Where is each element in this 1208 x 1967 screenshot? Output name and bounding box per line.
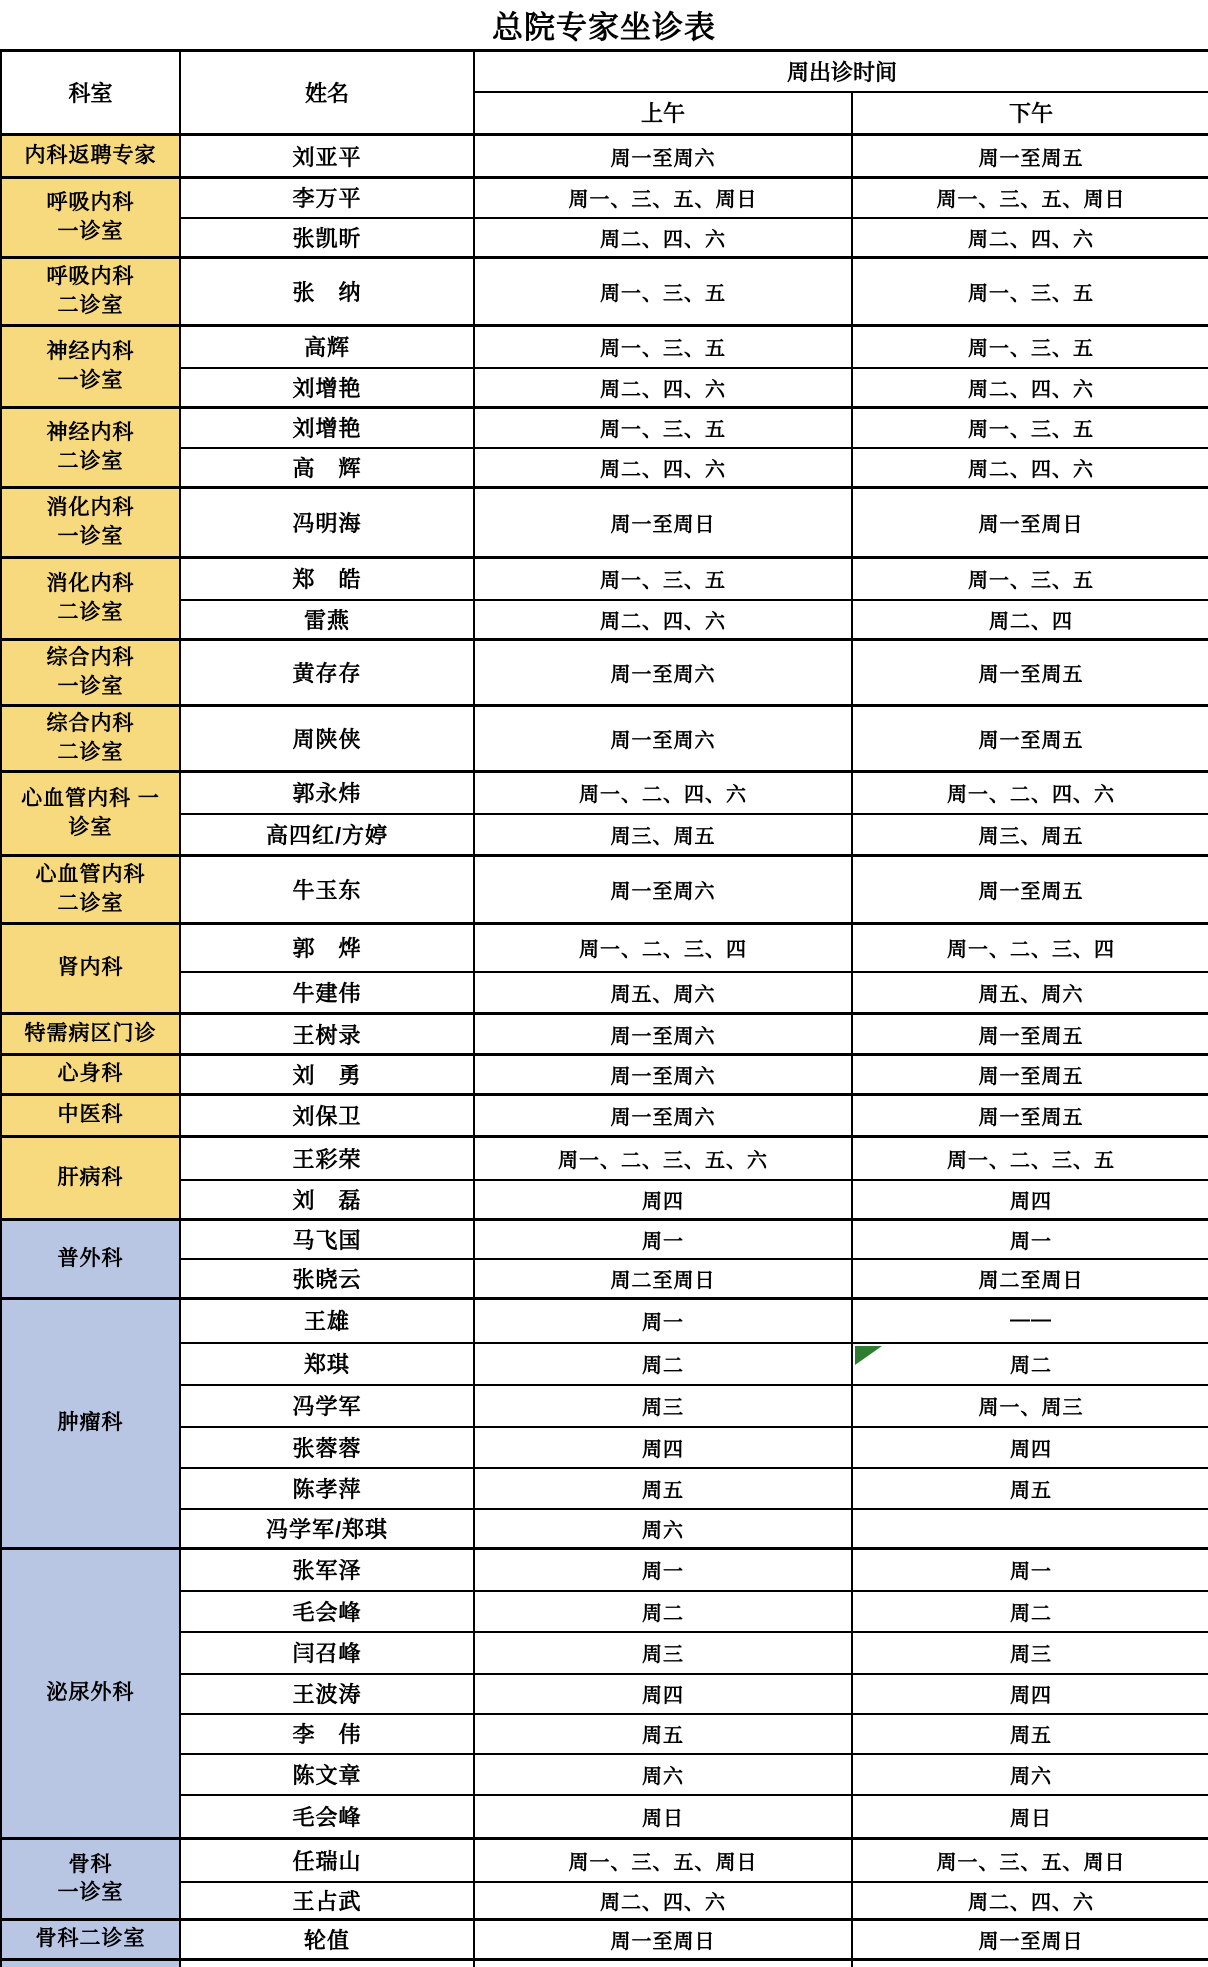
name-cell: 毛会峰 — [180, 1591, 474, 1632]
header-department: 科室 — [1, 51, 180, 135]
afternoon-cell: 周二 — [852, 1591, 1208, 1632]
department-cell: 神经内科 二诊室 — [1, 408, 180, 488]
name-cell: 冯学军/郑琪 — [180, 1509, 474, 1549]
afternoon-cell: 周二、四、六 — [852, 448, 1208, 488]
schedule-row: 王波涛周四周四 — [1, 1674, 1208, 1714]
afternoon-cell: 周一至周五 — [852, 1095, 1208, 1137]
morning-cell: 周一 — [474, 1220, 852, 1259]
afternoon-cell: 周一、二、四、六 — [852, 772, 1208, 814]
morning-cell — [474, 1960, 852, 1967]
afternoon-cell: 周一 — [852, 1549, 1208, 1591]
partial-row — [1, 1960, 1208, 1967]
morning-cell: 周四 — [474, 1674, 852, 1714]
afternoon-cell: 周四 — [852, 1674, 1208, 1714]
schedule-row: 冯学军周三周一、周三 — [1, 1385, 1208, 1427]
schedule-row: 闫召峰周三周三 — [1, 1632, 1208, 1674]
page-title: 总院专家坐诊表 — [0, 0, 1208, 49]
afternoon-cell: 周二、四、六 — [852, 368, 1208, 408]
morning-cell: 周二、四、六 — [474, 600, 852, 640]
name-cell: 高辉 — [180, 326, 474, 368]
department-cell: 骨科二诊室 — [1, 1920, 180, 1960]
name-cell: 任瑞山 — [180, 1839, 474, 1882]
afternoon-cell: 周一、三、五、周日 — [852, 178, 1208, 218]
comment-marker-icon — [855, 1346, 882, 1365]
department-cell: 肿瘤科 — [1, 1299, 180, 1549]
name-cell: 王占武 — [180, 1882, 474, 1920]
morning-cell: 周一至周六 — [474, 1095, 852, 1137]
schedule-row: 张凯昕周二、四、六周二、四、六 — [1, 218, 1208, 258]
department-cell: 心血管内科 二诊室 — [1, 856, 180, 924]
schedule-row: 呼吸内科 二诊室张 纳周一、三、五周一、三、五 — [1, 258, 1208, 326]
afternoon-cell: 周一、周三 — [852, 1385, 1208, 1427]
department-cell: 普外科 — [1, 1220, 180, 1299]
name-cell: 张凯昕 — [180, 218, 474, 258]
afternoon-cell: 周日 — [852, 1795, 1208, 1839]
afternoon-cell: 周一、二、三、四 — [852, 924, 1208, 972]
afternoon-cell: 周二至周日 — [852, 1259, 1208, 1299]
schedule-table-header: 科室 姓名 周出诊时间 上午 下午 — [1, 51, 1208, 135]
name-cell: 张蓉蓉 — [180, 1427, 474, 1468]
name-cell: 郭 烨 — [180, 924, 474, 972]
afternoon-cell: 周五 — [852, 1714, 1208, 1754]
name-cell: 刘保卫 — [180, 1095, 474, 1137]
department-cell: 心身科 — [1, 1055, 180, 1095]
department-cell: 心血管内科 一 诊室 — [1, 772, 180, 856]
name-cell: 轮值 — [180, 1920, 474, 1960]
schedule-row: 张晓云周二至周日周二至周日 — [1, 1259, 1208, 1299]
schedule-page: 总院专家坐诊表 科室 姓名 周出诊时间 上午 下午 内科返聘专家刘亚平周一至周六… — [0, 0, 1208, 1967]
morning-cell: 周一、三、五 — [474, 408, 852, 448]
name-cell: 刘增艳 — [180, 408, 474, 448]
department-cell: 神经内科 一诊室 — [1, 326, 180, 408]
morning-cell: 周四 — [474, 1180, 852, 1220]
afternoon-cell: 周一、二、三、五 — [852, 1137, 1208, 1180]
name-cell: 雷燕 — [180, 600, 474, 640]
name-cell: 王波涛 — [180, 1674, 474, 1714]
name-cell: 马飞国 — [180, 1220, 474, 1259]
department-cell — [1, 1960, 180, 1967]
morning-cell: 周六 — [474, 1754, 852, 1795]
afternoon-cell: 周二、四 — [852, 600, 1208, 640]
afternoon-cell: 周三 — [852, 1632, 1208, 1674]
morning-cell: 周一至周六 — [474, 1055, 852, 1095]
morning-cell: 周二、四、六 — [474, 218, 852, 258]
department-cell: 特需病区门诊 — [1, 1014, 180, 1055]
name-cell: 冯明海 — [180, 488, 474, 558]
afternoon-cell: 周一、三、五 — [852, 408, 1208, 448]
name-cell: 牛建伟 — [180, 972, 474, 1014]
morning-cell: 周五、周六 — [474, 972, 852, 1014]
schedule-row: 张蓉蓉周四周四 — [1, 1427, 1208, 1468]
afternoon-cell: 周二、四、六 — [852, 218, 1208, 258]
morning-cell: 周五 — [474, 1714, 852, 1754]
schedule-row: 郑琪周二周二 — [1, 1343, 1208, 1385]
afternoon-cell: 周一至周五 — [852, 135, 1208, 178]
department-cell: 内科返聘专家 — [1, 135, 180, 178]
morning-cell: 周一至周日 — [474, 1920, 852, 1960]
name-cell: 李万平 — [180, 178, 474, 218]
schedule-row: 综合内科 二诊室周陕侠周一至周六周一至周五 — [1, 706, 1208, 772]
morning-cell: 周一至周六 — [474, 640, 852, 706]
schedule-row: 刘 磊周四周四 — [1, 1180, 1208, 1220]
afternoon-cell: 周一至周日 — [852, 488, 1208, 558]
schedule-table-body: 内科返聘专家刘亚平周一至周六周一至周五呼吸内科 一诊室李万平周一、三、五、周日周… — [1, 135, 1208, 1967]
name-cell: 闫召峰 — [180, 1632, 474, 1674]
schedule-row: 肾内科郭 烨周一、二、三、四周一、二、三、四 — [1, 924, 1208, 972]
name-cell: 王雄 — [180, 1299, 474, 1343]
morning-cell: 周一、二、四、六 — [474, 772, 852, 814]
morning-cell: 周一、三、五、周日 — [474, 178, 852, 218]
schedule-row: 神经内科 二诊室刘增艳周一、三、五周一、三、五 — [1, 408, 1208, 448]
schedule-row: 冯学军/郑琪周六 — [1, 1509, 1208, 1549]
name-cell: 高四红/方婷 — [180, 814, 474, 856]
afternoon-cell: 周五、周六 — [852, 972, 1208, 1014]
afternoon-cell: 周一、三、五 — [852, 558, 1208, 600]
schedule-row: 毛会峰周日周日 — [1, 1795, 1208, 1839]
name-cell: 王树录 — [180, 1014, 474, 1055]
morning-cell: 周一、三、五 — [474, 558, 852, 600]
afternoon-cell: 周一至周五 — [852, 1014, 1208, 1055]
schedule-row: 陈文章周六周六 — [1, 1754, 1208, 1795]
department-cell: 消化内科 一诊室 — [1, 488, 180, 558]
header-morning: 上午 — [474, 92, 852, 135]
name-cell — [180, 1960, 474, 1967]
morning-cell: 周一、二、三、五、六 — [474, 1137, 852, 1180]
morning-cell: 周二 — [474, 1343, 852, 1385]
afternoon-cell — [852, 1509, 1208, 1549]
schedule-row: 牛建伟周五、周六周五、周六 — [1, 972, 1208, 1014]
schedule-row: 肿瘤科王雄周一—— — [1, 1299, 1208, 1343]
name-cell: 张晓云 — [180, 1259, 474, 1299]
morning-cell: 周四 — [474, 1427, 852, 1468]
afternoon-cell: 周一、三、五 — [852, 326, 1208, 368]
morning-cell: 周一至周日 — [474, 488, 852, 558]
morning-cell: 周二、四、六 — [474, 1882, 852, 1920]
name-cell: 陈文章 — [180, 1754, 474, 1795]
afternoon-cell: 周一、三、五、周日 — [852, 1839, 1208, 1882]
schedule-row: 骨科二诊室轮值周一至周日周一至周日 — [1, 1920, 1208, 1960]
name-cell: 张 纳 — [180, 258, 474, 326]
schedule-row: 毛会峰周二周二 — [1, 1591, 1208, 1632]
afternoon-cell: 周一 — [852, 1220, 1208, 1259]
schedule-row: 刘增艳周二、四、六周二、四、六 — [1, 368, 1208, 408]
afternoon-cell: 周二 — [852, 1343, 1208, 1385]
schedule-row: 陈孝萍周五周五 — [1, 1468, 1208, 1509]
schedule-table: 科室 姓名 周出诊时间 上午 下午 内科返聘专家刘亚平周一至周六周一至周五呼吸内… — [0, 49, 1208, 1967]
department-cell: 骨科 一诊室 — [1, 1839, 180, 1920]
department-cell: 综合内科 二诊室 — [1, 706, 180, 772]
afternoon-cell: 周一至周五 — [852, 1055, 1208, 1095]
name-cell: 刘增艳 — [180, 368, 474, 408]
morning-cell: 周二 — [474, 1591, 852, 1632]
name-cell: 高 辉 — [180, 448, 474, 488]
morning-cell: 周一、三、五、周日 — [474, 1839, 852, 1882]
name-cell: 李 伟 — [180, 1714, 474, 1754]
department-cell: 呼吸内科 一诊室 — [1, 178, 180, 258]
name-cell: 黄存存 — [180, 640, 474, 706]
morning-cell: 周一至周六 — [474, 706, 852, 772]
department-cell: 呼吸内科 二诊室 — [1, 258, 180, 326]
schedule-row: 骨科 一诊室任瑞山周一、三、五、周日周一、三、五、周日 — [1, 1839, 1208, 1882]
schedule-row: 神经内科 一诊室高辉周一、三、五周一、三、五 — [1, 326, 1208, 368]
schedule-row: 普外科马飞国周一周一 — [1, 1220, 1208, 1259]
morning-cell: 周一 — [474, 1549, 852, 1591]
name-cell: 张军泽 — [180, 1549, 474, 1591]
name-cell: 陈孝萍 — [180, 1468, 474, 1509]
afternoon-cell: 周一、三、五 — [852, 258, 1208, 326]
name-cell: 郑琪 — [180, 1343, 474, 1385]
name-cell: 郭永炜 — [180, 772, 474, 814]
morning-cell: 周一至周六 — [474, 135, 852, 178]
morning-cell: 周二、四、六 — [474, 368, 852, 408]
afternoon-cell: 周四 — [852, 1180, 1208, 1220]
header-afternoon: 下午 — [852, 92, 1208, 135]
name-cell: 毛会峰 — [180, 1795, 474, 1839]
name-cell: 郑 皓 — [180, 558, 474, 600]
morning-cell: 周一 — [474, 1299, 852, 1343]
morning-cell: 周一、三、五 — [474, 258, 852, 326]
morning-cell: 周二、四、六 — [474, 448, 852, 488]
schedule-row: 心身科刘 勇周一至周六周一至周五 — [1, 1055, 1208, 1095]
department-cell: 泌尿外科 — [1, 1549, 180, 1839]
afternoon-cell: 周一至周日 — [852, 1920, 1208, 1960]
department-cell: 综合内科 一诊室 — [1, 640, 180, 706]
department-cell: 肾内科 — [1, 924, 180, 1014]
department-cell: 消化内科 二诊室 — [1, 558, 180, 640]
schedule-row: 雷燕周二、四、六周二、四 — [1, 600, 1208, 640]
morning-cell: 周五 — [474, 1468, 852, 1509]
schedule-row: 肝病科王彩荣周一、二、三、五、六周一、二、三、五 — [1, 1137, 1208, 1180]
afternoon-cell: 周四 — [852, 1427, 1208, 1468]
department-cell: 中医科 — [1, 1095, 180, 1137]
schedule-row: 王占武周二、四、六周二、四、六 — [1, 1882, 1208, 1920]
schedule-row: 消化内科 一诊室冯明海周一至周日周一至周日 — [1, 488, 1208, 558]
name-cell: 牛玉东 — [180, 856, 474, 924]
schedule-row: 中医科刘保卫周一至周六周一至周五 — [1, 1095, 1208, 1137]
afternoon-cell: 周六 — [852, 1754, 1208, 1795]
morning-cell: 周日 — [474, 1795, 852, 1839]
morning-cell: 周二至周日 — [474, 1259, 852, 1299]
morning-cell: 周一至周六 — [474, 1014, 852, 1055]
name-cell: 刘亚平 — [180, 135, 474, 178]
schedule-row: 李 伟周五周五 — [1, 1714, 1208, 1754]
afternoon-cell: 周五 — [852, 1468, 1208, 1509]
schedule-row: 高四红/方婷周三、周五周三、周五 — [1, 814, 1208, 856]
afternoon-cell: —— — [852, 1299, 1208, 1343]
schedule-row: 呼吸内科 一诊室李万平周一、三、五、周日周一、三、五、周日 — [1, 178, 1208, 218]
schedule-row: 综合内科 一诊室黄存存周一至周六周一至周五 — [1, 640, 1208, 706]
schedule-row: 特需病区门诊王树录周一至周六周一至周五 — [1, 1014, 1208, 1055]
afternoon-cell: 周二、四、六 — [852, 1882, 1208, 1920]
schedule-row: 消化内科 二诊室郑 皓周一、三、五周一、三、五 — [1, 558, 1208, 600]
name-cell: 周陕侠 — [180, 706, 474, 772]
afternoon-cell: 周一至周五 — [852, 706, 1208, 772]
afternoon-cell: 周三、周五 — [852, 814, 1208, 856]
schedule-row: 泌尿外科张军泽周一周一 — [1, 1549, 1208, 1591]
morning-cell: 周一至周六 — [474, 856, 852, 924]
header-name: 姓名 — [180, 51, 474, 135]
name-cell: 刘 磊 — [180, 1180, 474, 1220]
morning-cell: 周三 — [474, 1385, 852, 1427]
schedule-row: 内科返聘专家刘亚平周一至周六周一至周五 — [1, 135, 1208, 178]
afternoon-cell — [852, 1960, 1208, 1967]
schedule-row: 高 辉周二、四、六周二、四、六 — [1, 448, 1208, 488]
schedule-row: 心血管内科 二诊室牛玉东周一至周六周一至周五 — [1, 856, 1208, 924]
morning-cell: 周一、二、三、四 — [474, 924, 852, 972]
morning-cell: 周三、周五 — [474, 814, 852, 856]
header-schedule: 周出诊时间 — [474, 51, 1208, 92]
header-row-1: 科室 姓名 周出诊时间 — [1, 51, 1208, 92]
schedule-row: 心血管内科 一 诊室郭永炜周一、二、四、六周一、二、四、六 — [1, 772, 1208, 814]
morning-cell: 周三 — [474, 1632, 852, 1674]
afternoon-cell: 周一至周五 — [852, 856, 1208, 924]
department-cell: 肝病科 — [1, 1137, 180, 1220]
name-cell: 王彩荣 — [180, 1137, 474, 1180]
name-cell: 冯学军 — [180, 1385, 474, 1427]
afternoon-cell: 周一至周五 — [852, 640, 1208, 706]
morning-cell: 周六 — [474, 1509, 852, 1549]
morning-cell: 周一、三、五 — [474, 326, 852, 368]
name-cell: 刘 勇 — [180, 1055, 474, 1095]
